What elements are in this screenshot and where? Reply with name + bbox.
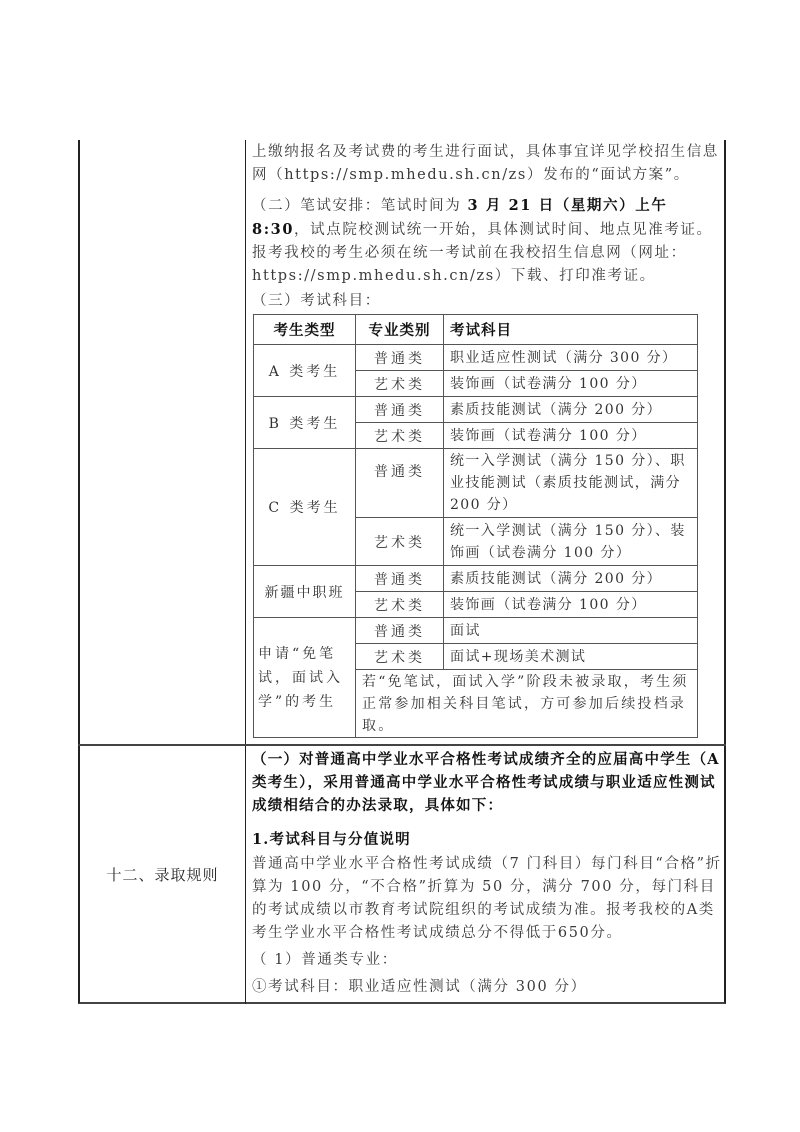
document-page: 上缴纳报名及考试费的考生进行面试，具体事宜详见学校招生信息网（https://s… [0,0,800,1132]
table-header-row: 考生类型 专业类别 考试科目 [254,315,698,345]
header-student-type: 考生类型 [254,315,356,345]
table-row: A 类考生 普通类 职业适应性测试（满分 300 分） [254,345,698,371]
sub1-heading: （ 1）普通类专业： [252,949,722,972]
subject-cell: 素质技能测试（满分 200 分） [444,397,698,423]
admission-intro: （一）对普通高中学业水平合格性考试成绩齐全的应届高中学生（A 类考生），采用普通… [252,748,722,817]
subjects-heading: （三）考试科目： [252,290,722,313]
student-type-cell: 新疆中职班 [254,566,356,618]
subject-cell: 装饰画（试卷满分 100 分） [444,371,698,397]
subject-cell: 统一入学测试（满分 150 分）、职业技能测试（素质技能测试，满分 200 分） [444,449,698,518]
table-row: 申请“免笔试，面试入学”的考生 普通类 面试 [254,618,698,644]
subject-cell: 统一入学测试（满分 150 分）、装饰画（试卷满分 100 分） [444,518,698,566]
header-major-category: 专业类别 [356,315,444,345]
category-cell: 艺术类 [356,518,444,566]
exam-subject-table: 考生类型 专业类别 考试科目 A 类考生 普通类 职业适应性测试（满分 300 … [253,314,698,738]
interview-paragraph: 上缴纳报名及考试费的考生进行面试，具体事宜详见学校招生信息网（https://s… [252,141,722,187]
written-exam-prefix: （二）笔试安排：笔试时间为 [252,198,468,214]
note-cell: 若“免笔试，面试入学”阶段未被录取，考生须正常参加相关科目笔试，方可参加后续投档… [356,670,698,738]
student-type-cell: C 类考生 [254,449,356,566]
table-row: B 类考生 普通类 素质技能测试（满分 200 分） [254,397,698,423]
category-cell: 普通类 [356,566,444,592]
subject-cell: 面试 [444,618,698,644]
table-row: C 类考生 普通类 统一入学测试（满分 150 分）、职业技能测试（素质技能测试… [254,449,698,518]
item1-title: 1.考试科目与分值说明 [252,828,722,851]
column-divider [245,140,246,1004]
student-type-cell: A 类考生 [254,345,356,397]
table-row: 新疆中职班 普通类 素质技能测试（满分 200 分） [254,566,698,592]
student-type-cell: 申请“免笔试，面试入学”的考生 [254,618,356,738]
sub1-item: ①考试科目：职业适应性测试（满分 300 分） [252,976,722,999]
subject-cell: 装饰画（试卷满分 100 分） [444,423,698,449]
student-type-cell: B 类考生 [254,397,356,449]
category-cell: 艺术类 [356,371,444,397]
subject-cell: 装饰画（试卷满分 100 分） [444,592,698,618]
subject-cell: 素质技能测试（满分 200 分） [444,566,698,592]
subject-cell: 面试+现场美术测试 [444,644,698,670]
category-cell: 普通类 [356,449,444,518]
category-cell: 普通类 [356,618,444,644]
category-cell: 艺术类 [356,644,444,670]
written-exam-suffix: ，试点院校测试统一开始，具体测试时间、地点见准考证。报考我校的考生必须在统一考试… [252,222,713,284]
category-cell: 艺术类 [356,423,444,449]
category-cell: 普通类 [356,345,444,371]
header-exam-subject: 考试科目 [444,315,698,345]
section-label: 十二、录取规则 [80,746,245,1002]
item1-body: 普通高中学业水平合格性考试成绩（7 门科目）每门科目“合格”折算为 100 分，… [252,853,722,945]
category-cell: 普通类 [356,397,444,423]
category-cell: 艺术类 [356,592,444,618]
written-exam-paragraph: （二）笔试安排：笔试时间为 3 月 21 日（星期六）上午 8:30，试点院校测… [252,194,722,288]
subject-cell: 职业适应性测试（满分 300 分） [444,345,698,371]
